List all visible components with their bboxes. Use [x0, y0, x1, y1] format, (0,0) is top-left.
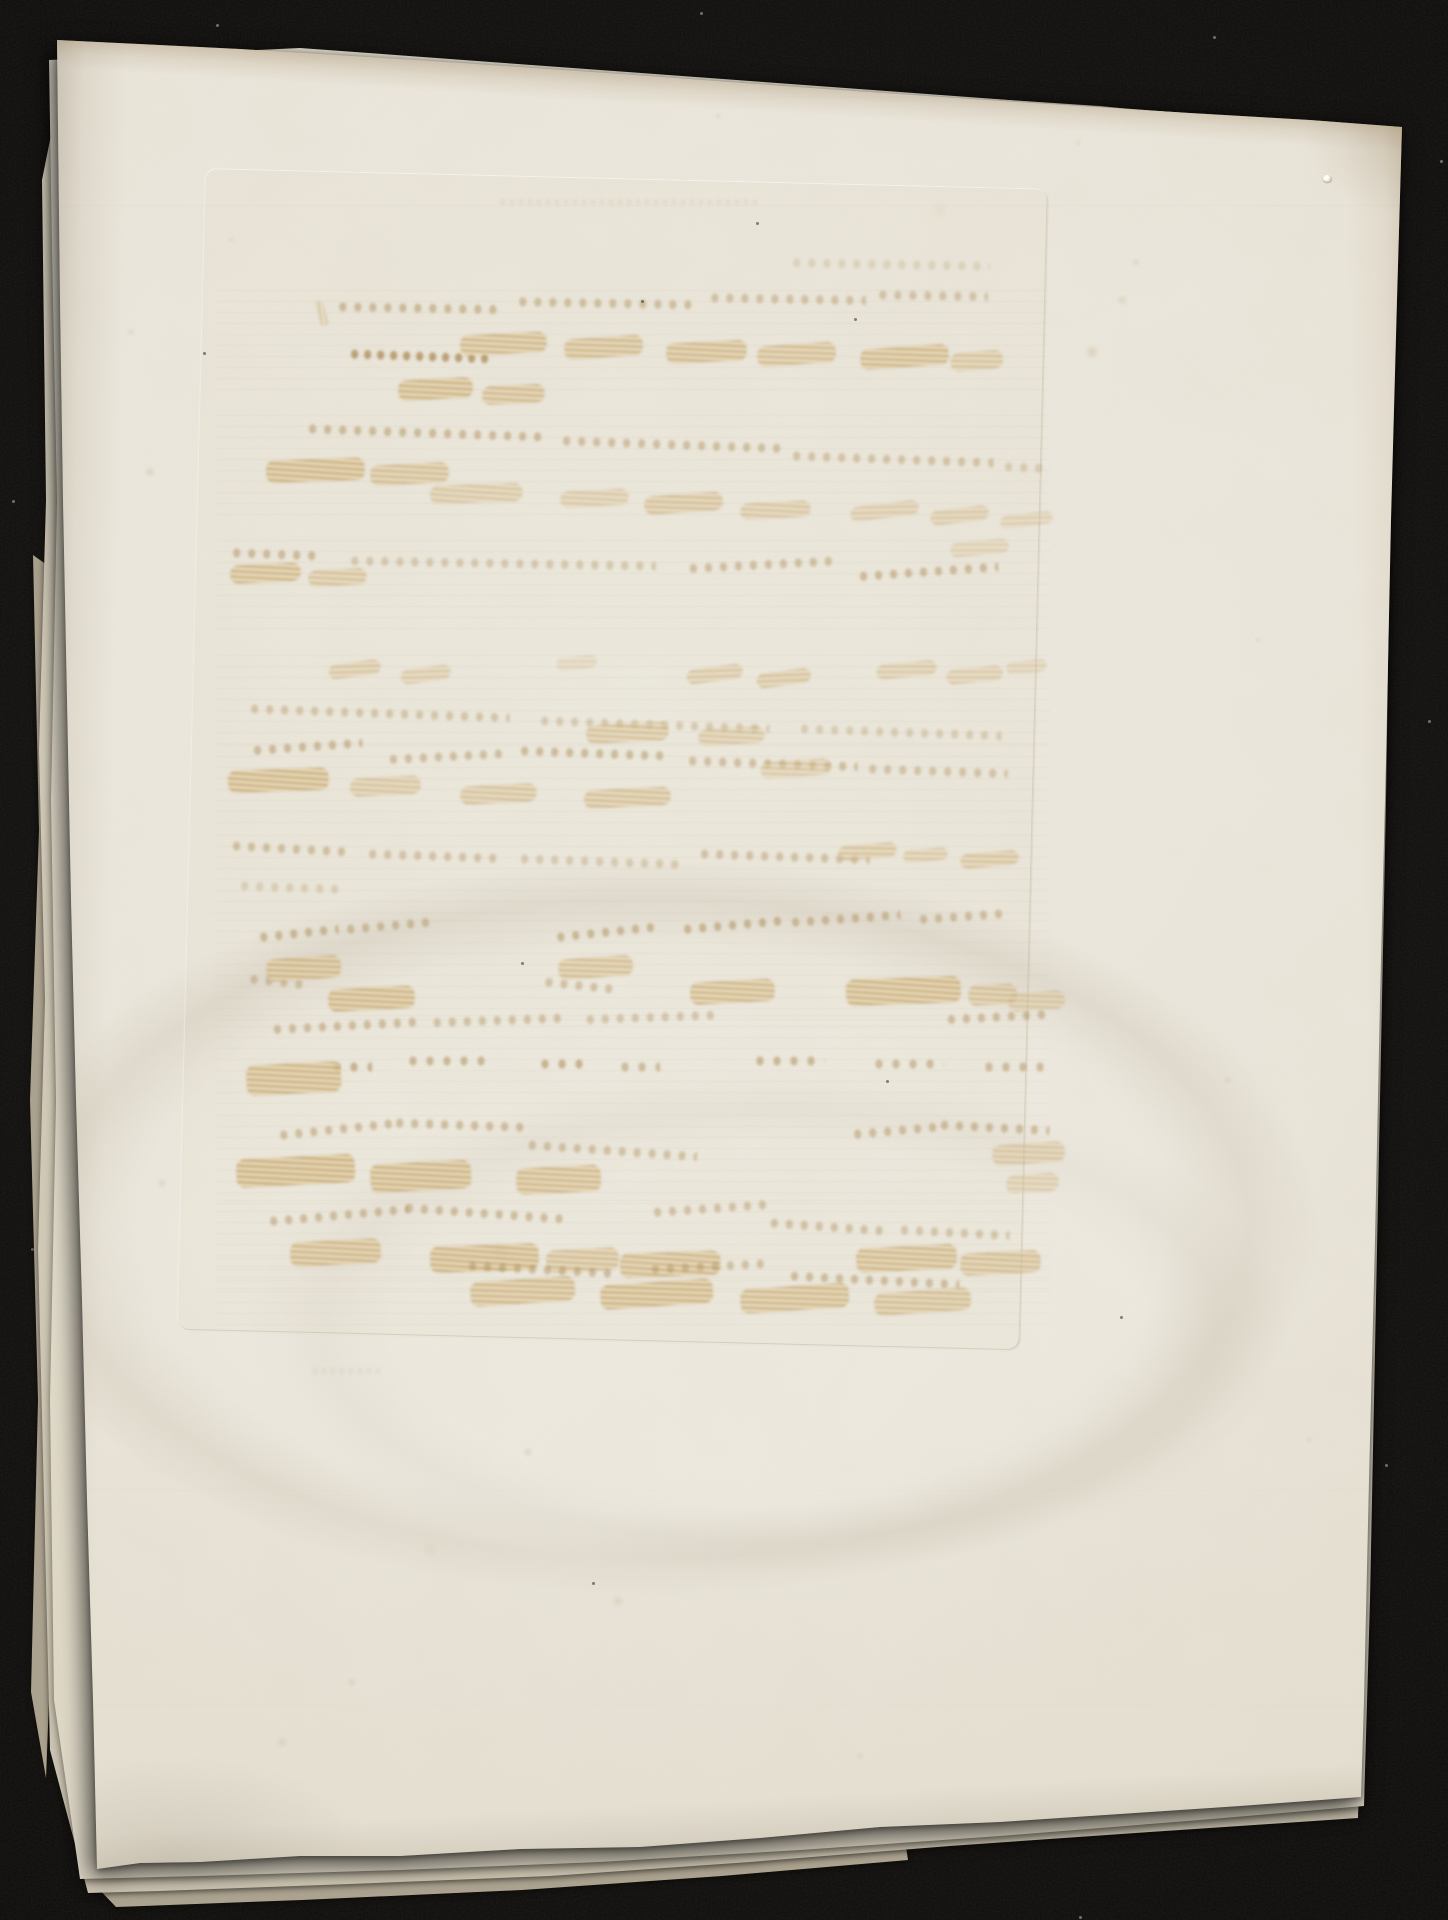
bleedthrough-ink-layer: [0, 0, 1448, 1920]
foxing-spot: [421, 1541, 439, 1559]
foxing-spot: [1131, 257, 1141, 267]
beam-bar-bleedthrough: [350, 775, 421, 797]
note-chain-bleedthrough: [229, 544, 322, 563]
beam-bar-bleedthrough: [308, 568, 367, 587]
foxing-spot: [156, 1177, 168, 1189]
beam-bar-bleedthrough: [482, 384, 545, 405]
ink-fleck: [521, 962, 524, 965]
foxing-spot: [126, 327, 136, 337]
ink-fleck: [641, 300, 644, 303]
foxing-spot: [696, 1870, 704, 1878]
note-chain-bleedthrough: [538, 1053, 590, 1073]
note-chain-bleedthrough: [406, 1050, 488, 1070]
note-chain-bleedthrough: [708, 289, 866, 308]
beam-bar-bleedthrough: [370, 462, 449, 486]
sheet-music-page-verso: [0, 0, 1448, 1920]
foxing-spot: [1074, 139, 1082, 147]
photograph-of-sheet-music-verso: { "scene": { "description": "Photograph …: [0, 0, 1448, 1920]
foxing-spot: [490, 1240, 510, 1260]
beam-bar-bleedthrough: [430, 483, 523, 504]
ink-fleck: [203, 352, 206, 355]
foxing-spot: [1084, 344, 1100, 360]
beam-bar-bleedthrough: [992, 1141, 1065, 1166]
beam-bar-bleedthrough: [516, 1165, 601, 1195]
beam-bar-bleedthrough: [398, 377, 473, 401]
illegible-ghost-text-smudge: [310, 1366, 380, 1376]
beam-bar-bleedthrough: [666, 340, 747, 364]
foxing-spot: [144, 466, 156, 478]
paper-crease-line: [60, 203, 1405, 206]
note-chain-bleedthrough: [876, 286, 988, 304]
foxing-spot: [855, 1751, 865, 1761]
note-chain-bleedthrough: [516, 293, 698, 312]
note-chain-bleedthrough: [618, 1056, 660, 1076]
beam-bar-bleedthrough: [230, 562, 301, 584]
foxing-spot: [522, 1446, 534, 1458]
ink-fleck: [756, 222, 759, 225]
foxing-spot: [1223, 1075, 1233, 1085]
beam-bar-bleedthrough: [228, 768, 329, 793]
foxing-spot: [346, 1676, 358, 1688]
beam-bar-bleedthrough: [266, 458, 365, 483]
beam-bar-bleedthrough: [370, 1160, 471, 1193]
foxing-spot: [611, 1594, 625, 1608]
note-chain-bleedthrough: [1001, 458, 1050, 476]
ink-fleck: [854, 318, 857, 321]
foxing-spot: [1254, 636, 1262, 644]
ink-fleck: [1120, 1316, 1123, 1319]
foxing-spot: [227, 236, 235, 244]
paper-crease-line: [205, 912, 1053, 915]
paper-crease-line: [70, 1488, 1370, 1491]
ink-fleck: [592, 1582, 595, 1585]
paper-crease-line: [82, 1703, 1372, 1706]
paper-crease-line: [540, 95, 1400, 98]
beam-bar-bleedthrough: [846, 976, 961, 1006]
beam-bar-bleedthrough: [690, 979, 775, 1005]
beam-bar-bleedthrough: [1006, 1172, 1059, 1194]
foxing-spot: [1116, 294, 1128, 306]
pinhole-dimple: [1323, 175, 1332, 182]
top-page-wrapper: [0, 0, 1448, 1920]
foxing-spot: [974, 83, 984, 93]
ink-fleck: [886, 1080, 889, 1083]
foxing-spot: [275, 1735, 289, 1749]
foxing-spot: [1305, 1436, 1313, 1444]
note-chain-bleedthrough: [753, 1050, 825, 1070]
beam-bar-bleedthrough: [246, 1061, 341, 1096]
beam-bar-bleedthrough: [328, 985, 415, 1011]
foxing-spot: [714, 112, 722, 120]
note-chain-bleedthrough: [336, 298, 504, 317]
note-chain-bleedthrough: [872, 1053, 944, 1073]
note-chain-bleedthrough: [982, 1056, 1044, 1076]
